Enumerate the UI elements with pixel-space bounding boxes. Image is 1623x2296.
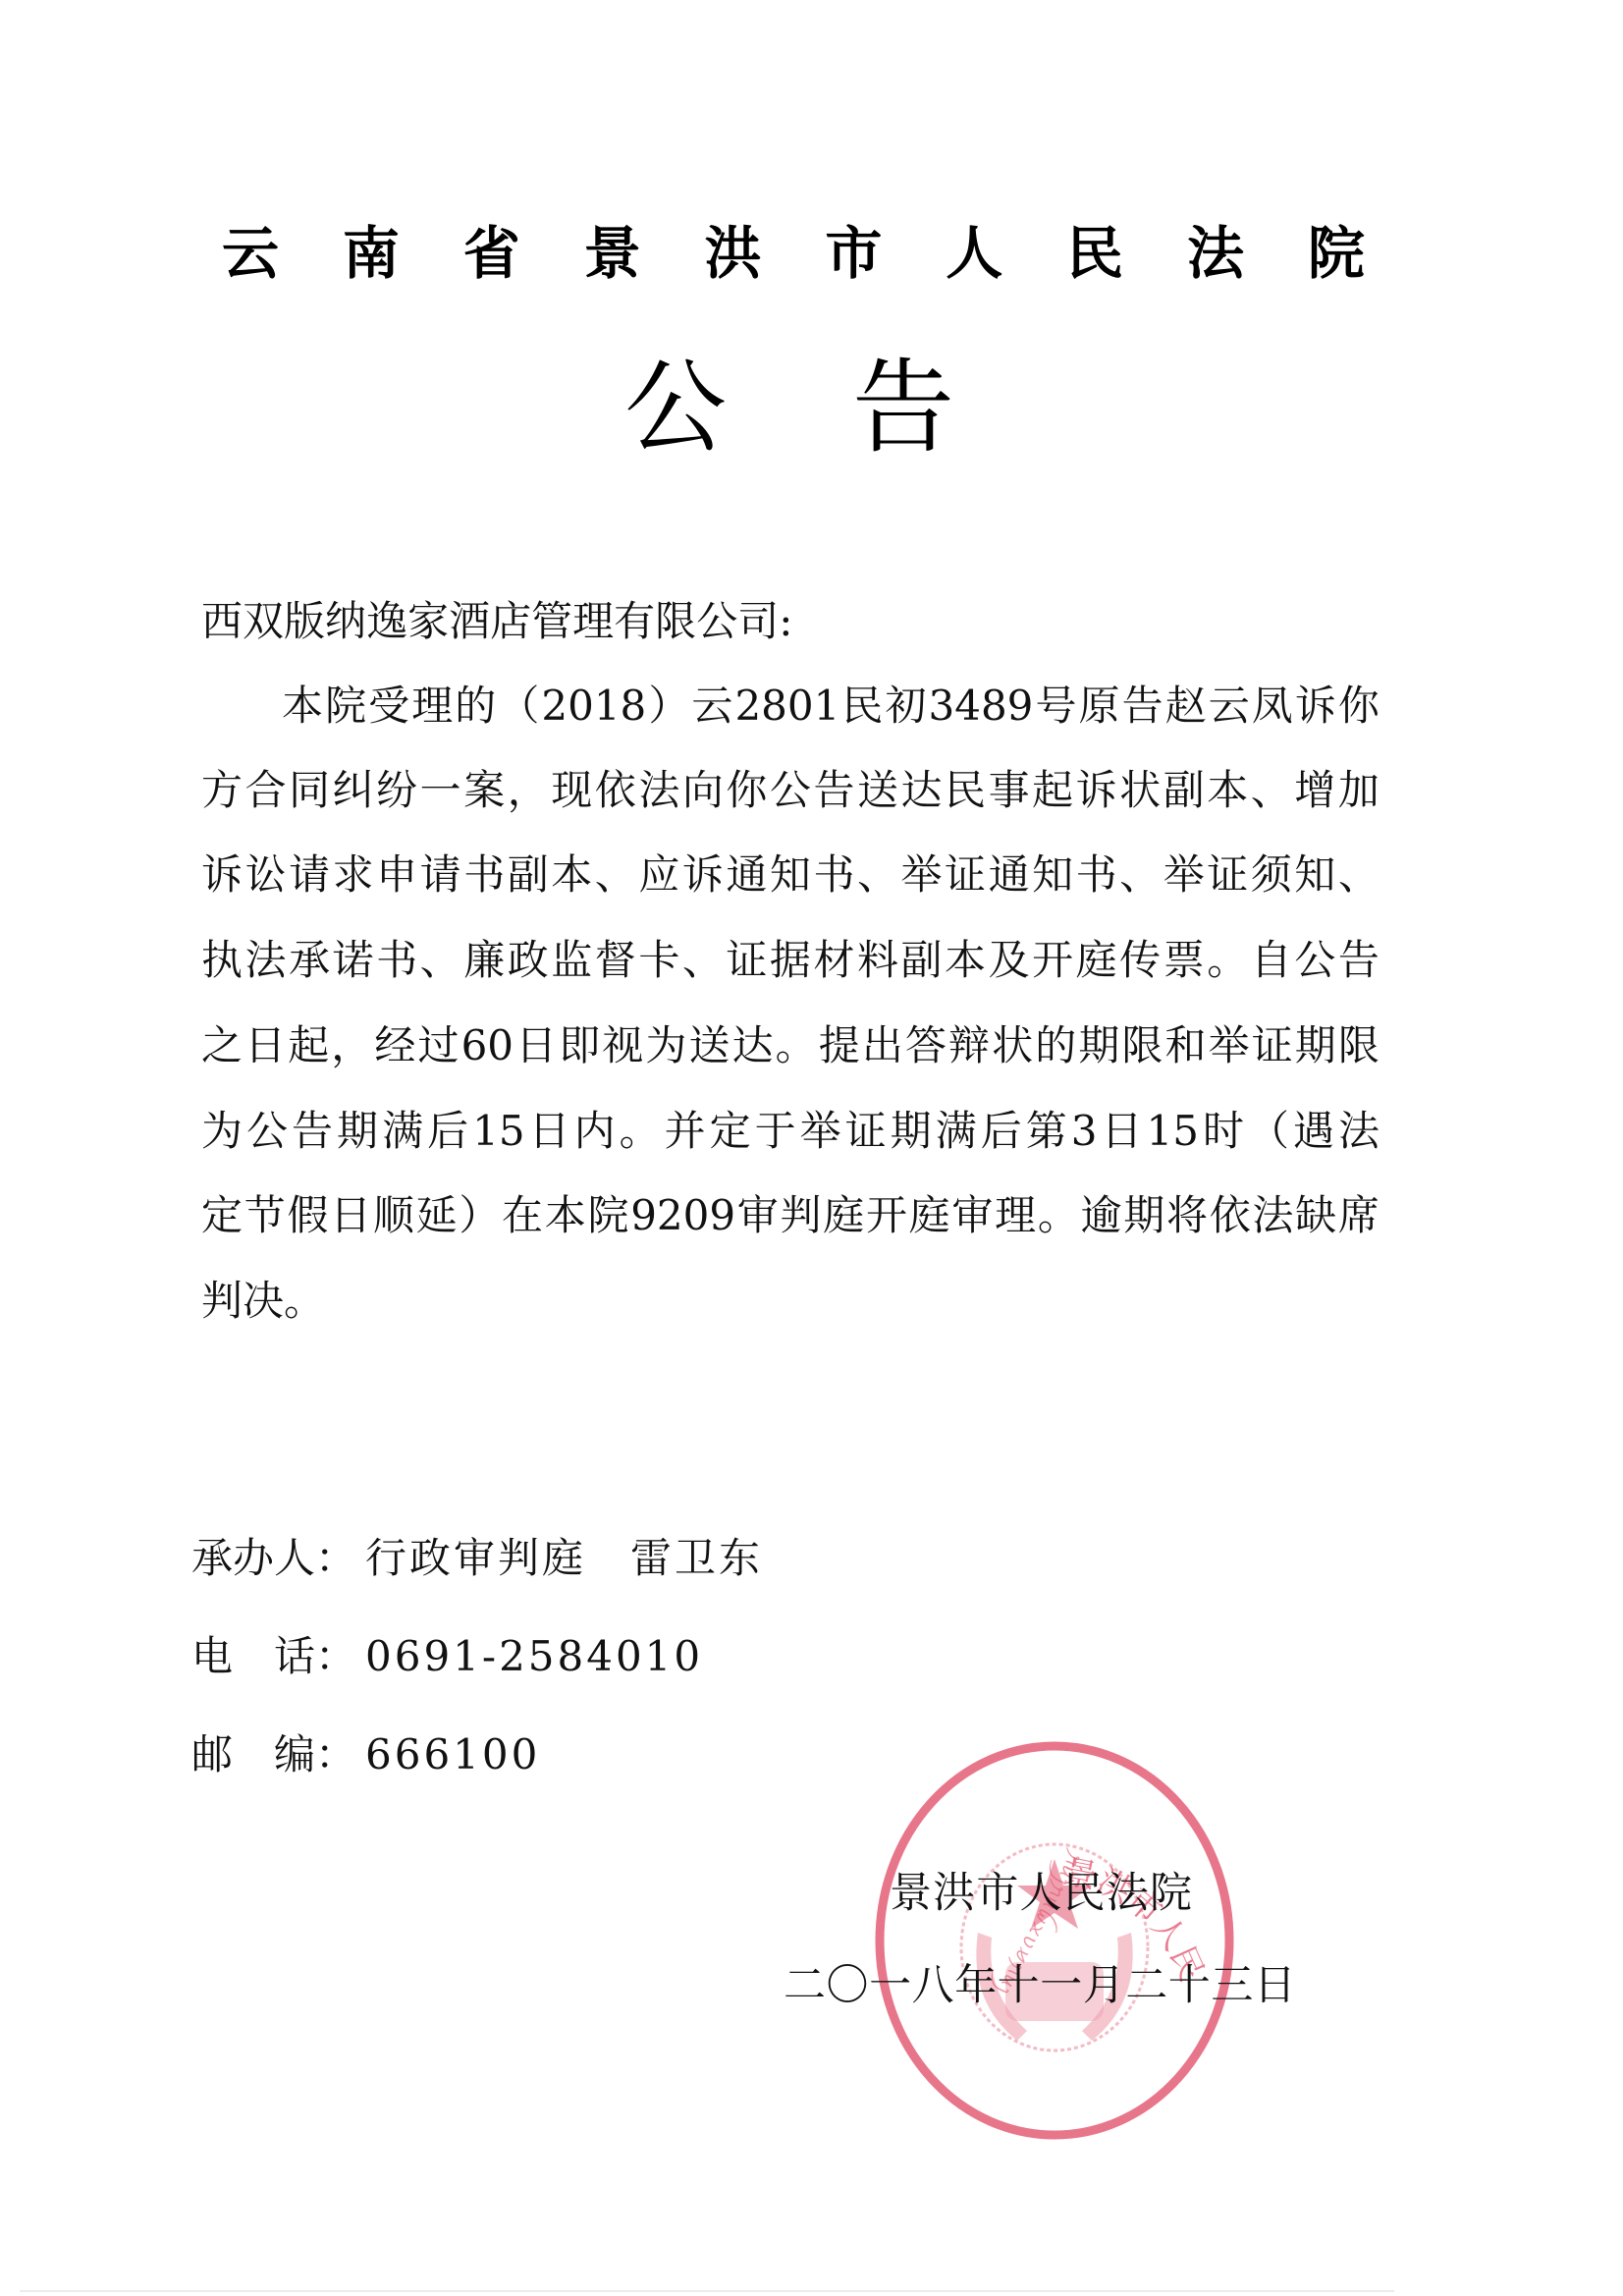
body-line: 为公告期满后15日内。并定于举证期满后第3日15时（遇法 [201, 1089, 1380, 1174]
contact-label: 邮 编： [191, 1725, 365, 1784]
seal-arc-text: 景洪市人民法院 [870, 1736, 1212, 1987]
body-line: 之日起，经过60日即视为送达。提出答辩状的期限和举证期限 [201, 1004, 1380, 1088]
postcode-value: 666100 [365, 1725, 540, 1784]
court-seal-stamp: 景洪市人民法院 ꪶꪀꪙꪁꪒꪎꪑꪀꪙꪶꪀꪙ [870, 1736, 1239, 2145]
body-line: 本院受理的（2018）云2801民初3489号原告赵云凤诉你 [282, 664, 1380, 748]
body-line: 诉讼请求申请书副本、应诉通知书、举证通知书、举证须知、 [201, 833, 1380, 917]
body-line: 执法承诺书、廉政监督卡、证据材料副本及开庭传票。自公告 [201, 918, 1380, 1003]
notice-title: 公告 [624, 346, 954, 469]
signature-court-name: 景洪市人民法院 [890, 1866, 1192, 1921]
court-name-heading: 云南省景洪市人民法院 [222, 218, 1365, 289]
handler-value: 行政审判庭 雷卫东 [365, 1529, 763, 1588]
body-line-final: 判决。 [201, 1259, 1380, 1343]
contact-label: 承办人： [191, 1529, 365, 1588]
seal-text: 景洪市人民法院 [870, 1736, 1212, 1987]
body-line: 方合同纠纷一案，现依法向你公告送达民事起诉状副本、增加 [201, 748, 1380, 833]
scan-edge-line [20, 2290, 1394, 2292]
contact-label: 电 话： [191, 1627, 365, 1686]
notice-date: 二〇一八年十一月二十三日 [784, 1958, 1296, 2013]
phone-value: 0691-2584010 [365, 1627, 703, 1686]
addressee-line: 西双版纳逸家酒店管理有限公司: [201, 579, 1380, 664]
body-line: 定节假日顺延）在本院9209审判庭开庭审理。逾期将依法缺席 [201, 1174, 1380, 1258]
